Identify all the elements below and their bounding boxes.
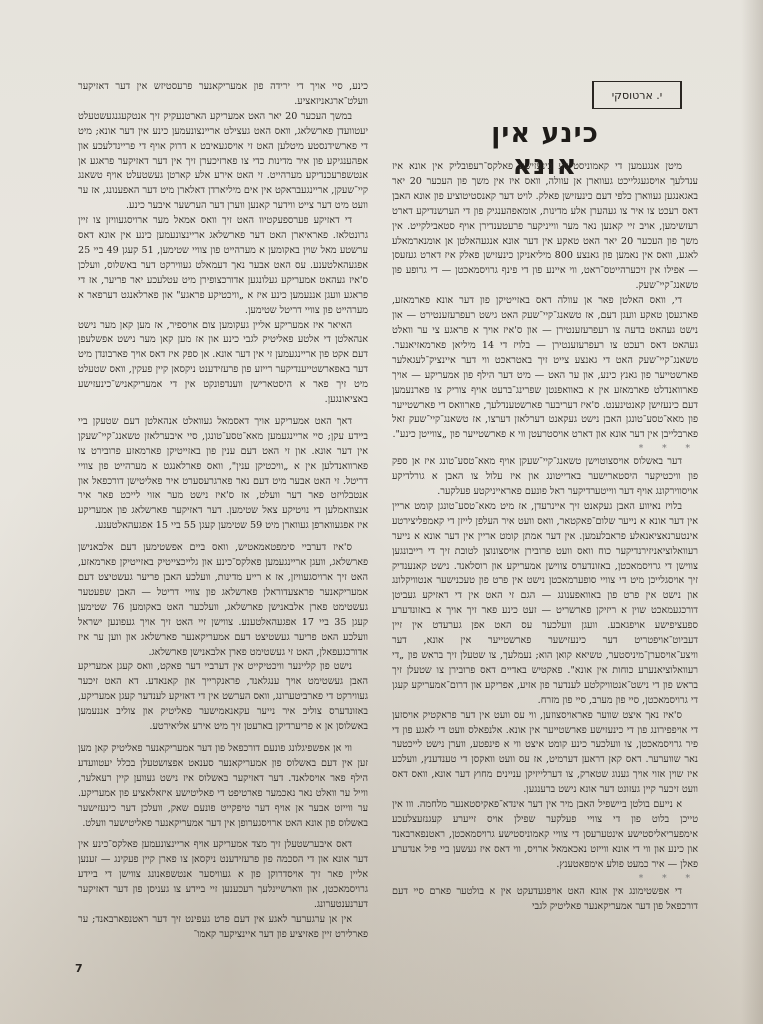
right-column: מיטן אנגעמען די קאמוניסטישע כינעזישע פאל… xyxy=(392,160,698,914)
paragraph: א נייעם בולטן ביישפיל האבן מיר אין דער א… xyxy=(392,798,698,873)
paragraph: דאך האט אמעריקע אויך דאסמאל געוואלט אנהא… xyxy=(78,415,368,534)
paragraph: ס'איז נאך איצט שווער פאראויסצוזען, ווי ע… xyxy=(392,709,698,798)
section-separator: * * * xyxy=(392,873,698,885)
paragraph: במשך העכער 20 יאר האט אמעריקע הארטנעקיק … xyxy=(78,110,368,214)
paragraph: אין אן ערגערער לאגע אין דעם פרט געפינט ז… xyxy=(78,913,368,943)
paragraph: האיאר איז אמעריקע אליין געקומען צום אויס… xyxy=(78,319,368,408)
paragraph: די דאזיקע פערספעקטיוו האט זיך וואס אמאל … xyxy=(78,214,368,318)
scanned-page: י. ארטוסקי כינע אין אונא מיטן אנגעמען די… xyxy=(0,0,763,1024)
page-edge-shadow xyxy=(741,0,763,1024)
author-byline: י. ארטוסקי xyxy=(592,81,682,109)
paragraph: בלויז נאיווע האבן געקאנט זיך איינרעדן, א… xyxy=(392,500,698,709)
paragraph: די אפשטימונג אין אונא האט אויפגעדעקט אין… xyxy=(392,885,698,915)
left-column: כינע, סיי אויך די ירידה פון אמעריקאנער פ… xyxy=(78,80,368,943)
author-name: י. ארטוסקי xyxy=(612,89,663,102)
paragraph: נישט פון קליינער וויכטיקייט אין דערביי ד… xyxy=(78,660,368,735)
paragraph: די, וואס האלטן פאר אן עוולה דאס באזייטיק… xyxy=(392,294,698,443)
paragraph: כינע, סיי אויך די ירידה פון אמעריקאנער פ… xyxy=(78,80,368,110)
paragraph: ס'איז דערביי סימפטאמאטיש, וואס ביים אפשט… xyxy=(78,541,368,660)
paragraph: ווי אן אפשפיגלונג פונעם דורכפאל פון דער … xyxy=(78,742,368,831)
page-number: 7 xyxy=(75,962,83,975)
paragraph: דאס איבערשטעלן זיך מצד אמעריקע אויף אריי… xyxy=(78,838,368,913)
section-separator: * * * xyxy=(392,443,698,455)
paragraph: דער באשלוס אויסצוטוישן טשאנג־קיי־שעקן או… xyxy=(392,455,698,500)
paragraph: מיטן אנגעמען די קאמוניסטישע כינעזישע פאל… xyxy=(392,160,698,294)
